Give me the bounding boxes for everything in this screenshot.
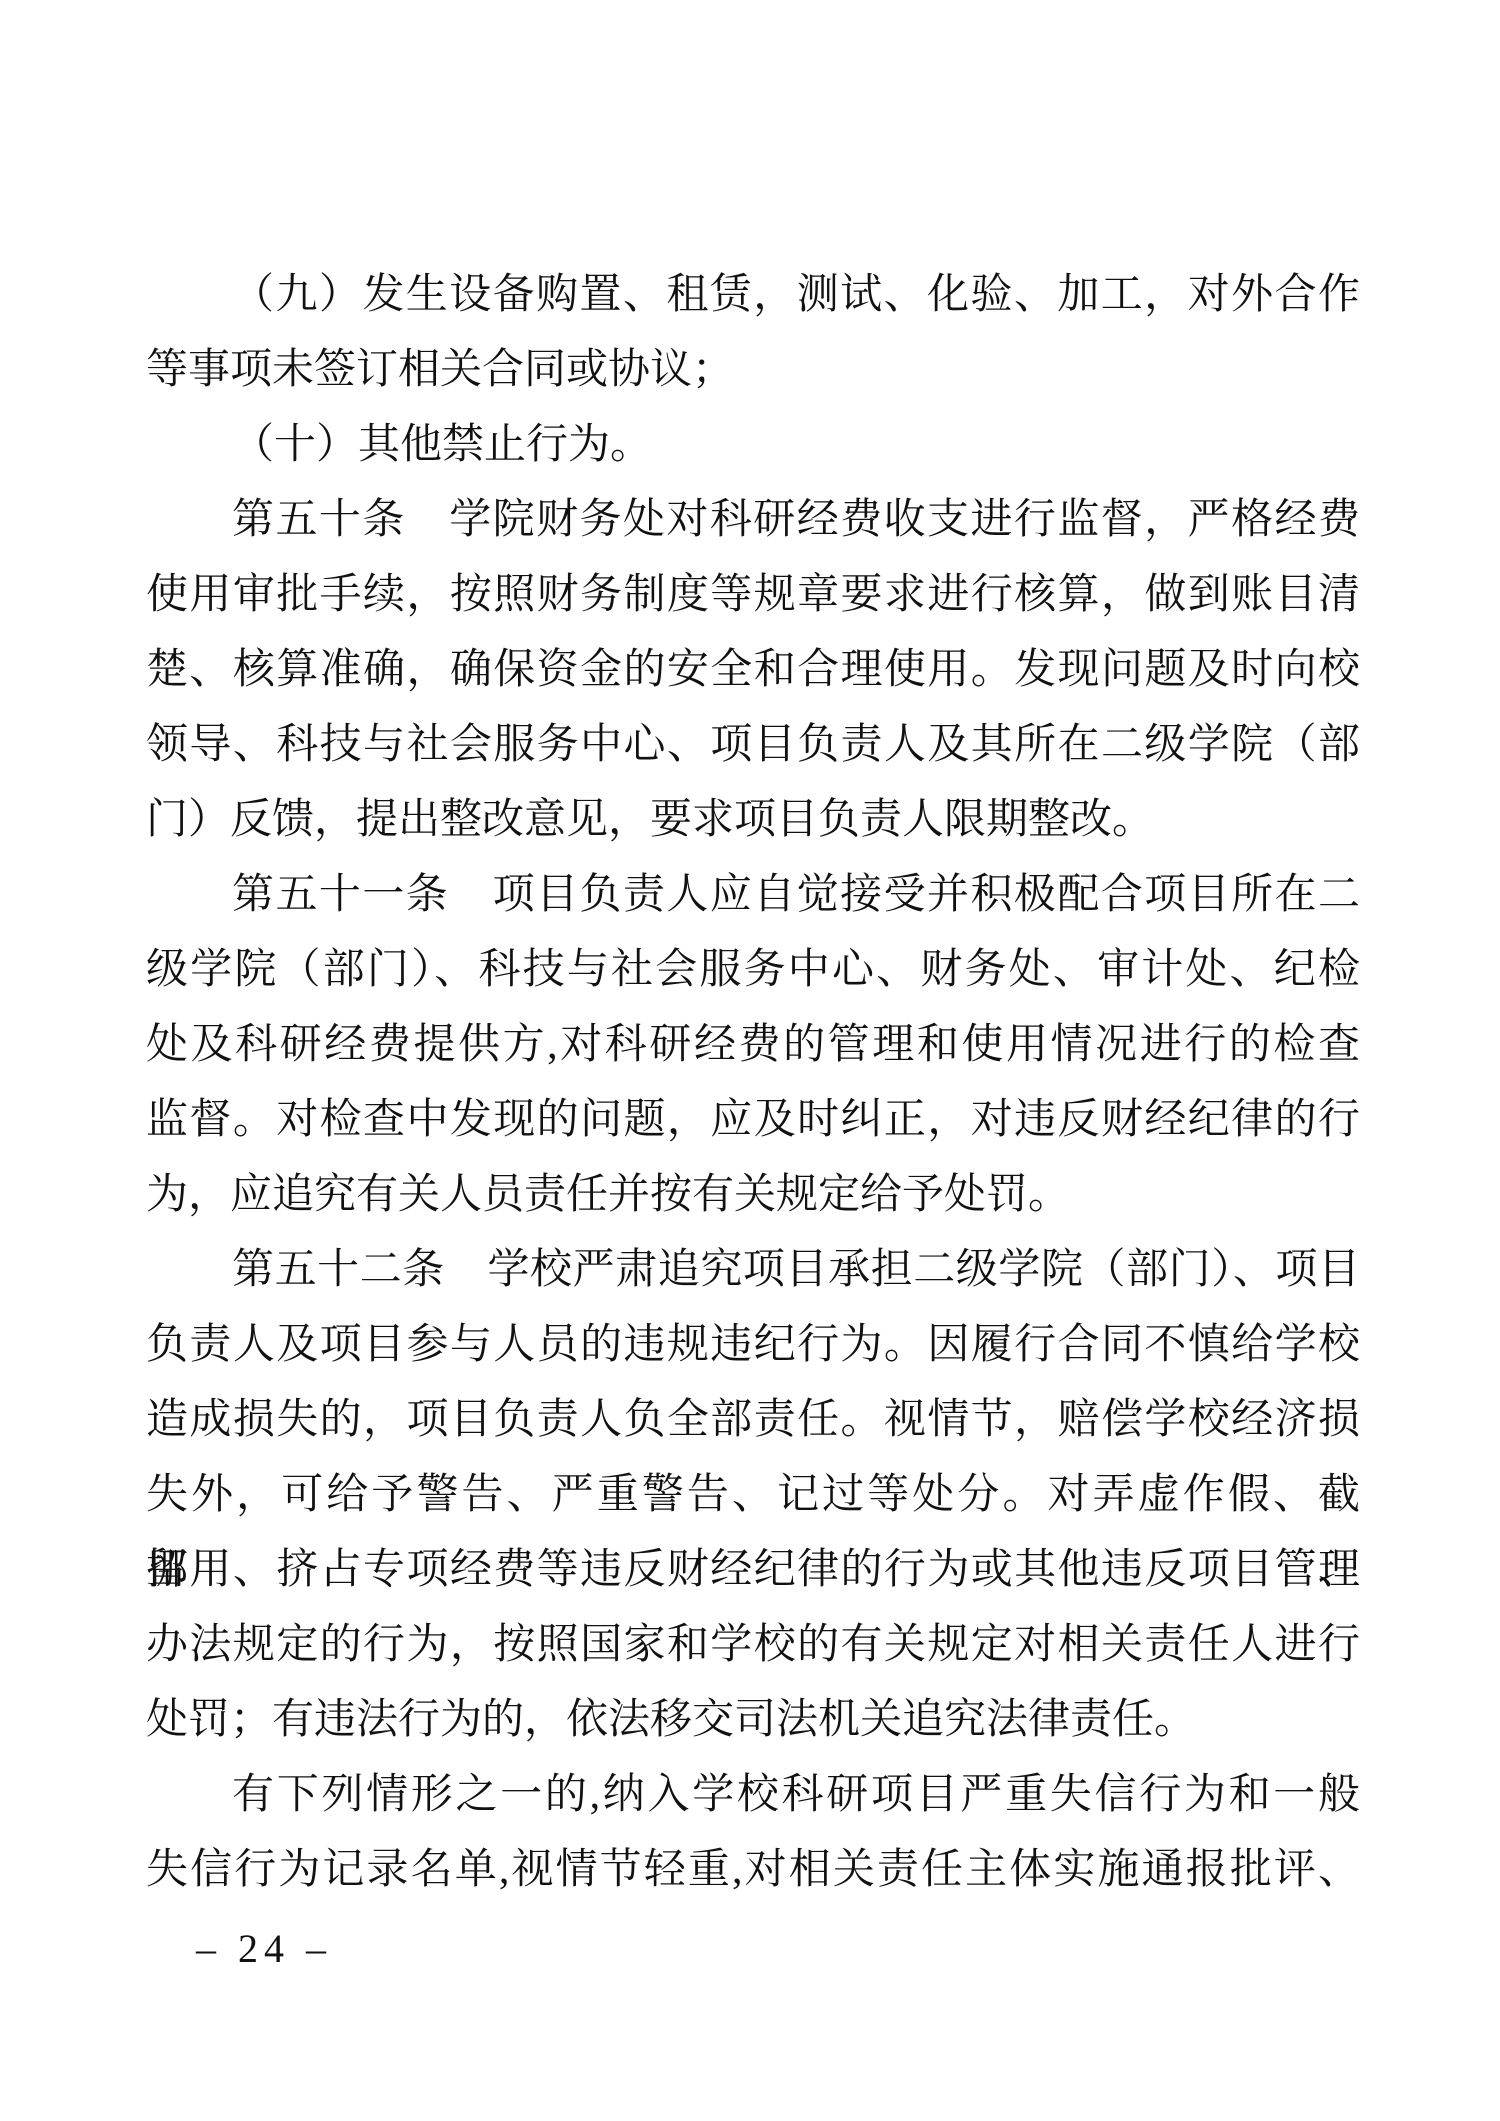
document-body: （九）发生设备购置、租赁，测试、化验、加工，对外合作 等事项未签订相关合同或协议… — [146, 258, 1360, 1908]
paragraph: 第五十条 学院财务处对科研经费收支进行监督，严格经费 使用审批手续，按照财务制度… — [146, 483, 1360, 858]
text-line: 楚、核算准确，确保资金的安全和合理使用。发现问题及时向校 — [146, 633, 1360, 708]
text-line: 办法规定的行为，按照国家和学校的有关规定对相关责任人进行 — [146, 1608, 1360, 1683]
text-line: 等事项未签订相关合同或协议； — [146, 333, 1360, 408]
text-line: 门）反馈，提出整改意见，要求项目负责人限期整改。 — [146, 783, 1360, 858]
text-line: 第五十二条 学校严肃追究项目承担二级学院（部门）、项目 — [146, 1233, 1360, 1308]
text-line: 负责人及项目参与人员的违规违纪行为。因履行合同不慎给学校 — [146, 1308, 1360, 1383]
document-page: （九）发生设备购置、租赁，测试、化验、加工，对外合作 等事项未签订相关合同或协议… — [0, 0, 1500, 2121]
text-line: 监督。对检查中发现的问题，应及时纠正，对违反财经纪律的行 — [146, 1083, 1360, 1158]
text-line: （九）发生设备购置、租赁，测试、化验、加工，对外合作 — [146, 258, 1360, 333]
text-line: 失外，可给予警告、严重警告、记过等处分。对弄虚作假、截留、 — [146, 1458, 1360, 1533]
paragraph: 第五十二条 学校严肃追究项目承担二级学院（部门）、项目 负责人及项目参与人员的违… — [146, 1233, 1360, 1758]
text-line: 使用审批手续，按照财务制度等规章要求进行核算，做到账目清 — [146, 558, 1360, 633]
text-line: 为，应追究有关人员责任并按有关规定给予处罚。 — [146, 1158, 1360, 1233]
text-line: 挪用、挤占专项经费等违反财经纪律的行为或其他违反项目管理 — [146, 1533, 1360, 1608]
text-line: 第五十一条 项目负责人应自觉接受并积极配合项目所在二 — [146, 858, 1360, 933]
text-line: 级学院（部门）、科技与社会服务中心、财务处、审计处、纪检 — [146, 933, 1360, 1008]
paragraph: （九）发生设备购置、租赁，测试、化验、加工，对外合作 等事项未签订相关合同或协议… — [146, 258, 1360, 408]
text-line: 失信行为记录名单,视情节轻重,对相关责任主体实施通报批评、 — [146, 1833, 1360, 1908]
paragraph: 第五十一条 项目负责人应自觉接受并积极配合项目所在二 级学院（部门）、科技与社会… — [146, 858, 1360, 1233]
text-line: （十）其他禁止行为。 — [146, 408, 1360, 483]
text-line: 第五十条 学院财务处对科研经费收支进行监督，严格经费 — [146, 483, 1360, 558]
text-line: 有下列情形之一的,纳入学校科研项目严重失信行为和一般 — [146, 1758, 1360, 1833]
text-line: 造成损失的，项目负责人负全部责任。视情节，赔偿学校经济损 — [146, 1383, 1360, 1458]
text-line: 处及科研经费提供方,对科研经费的管理和使用情况进行的检查 — [146, 1008, 1360, 1083]
paragraph: 有下列情形之一的,纳入学校科研项目严重失信行为和一般 失信行为记录名单,视情节轻… — [146, 1758, 1360, 1908]
text-line: 处罚；有违法行为的，依法移交司法机关追究法律责任。 — [146, 1683, 1360, 1758]
paragraph: （十）其他禁止行为。 — [146, 408, 1360, 483]
text-line: 领导、科技与社会服务中心、项目负责人及其所在二级学院（部 — [146, 708, 1360, 783]
page-number: – 24 – — [196, 1916, 332, 1982]
